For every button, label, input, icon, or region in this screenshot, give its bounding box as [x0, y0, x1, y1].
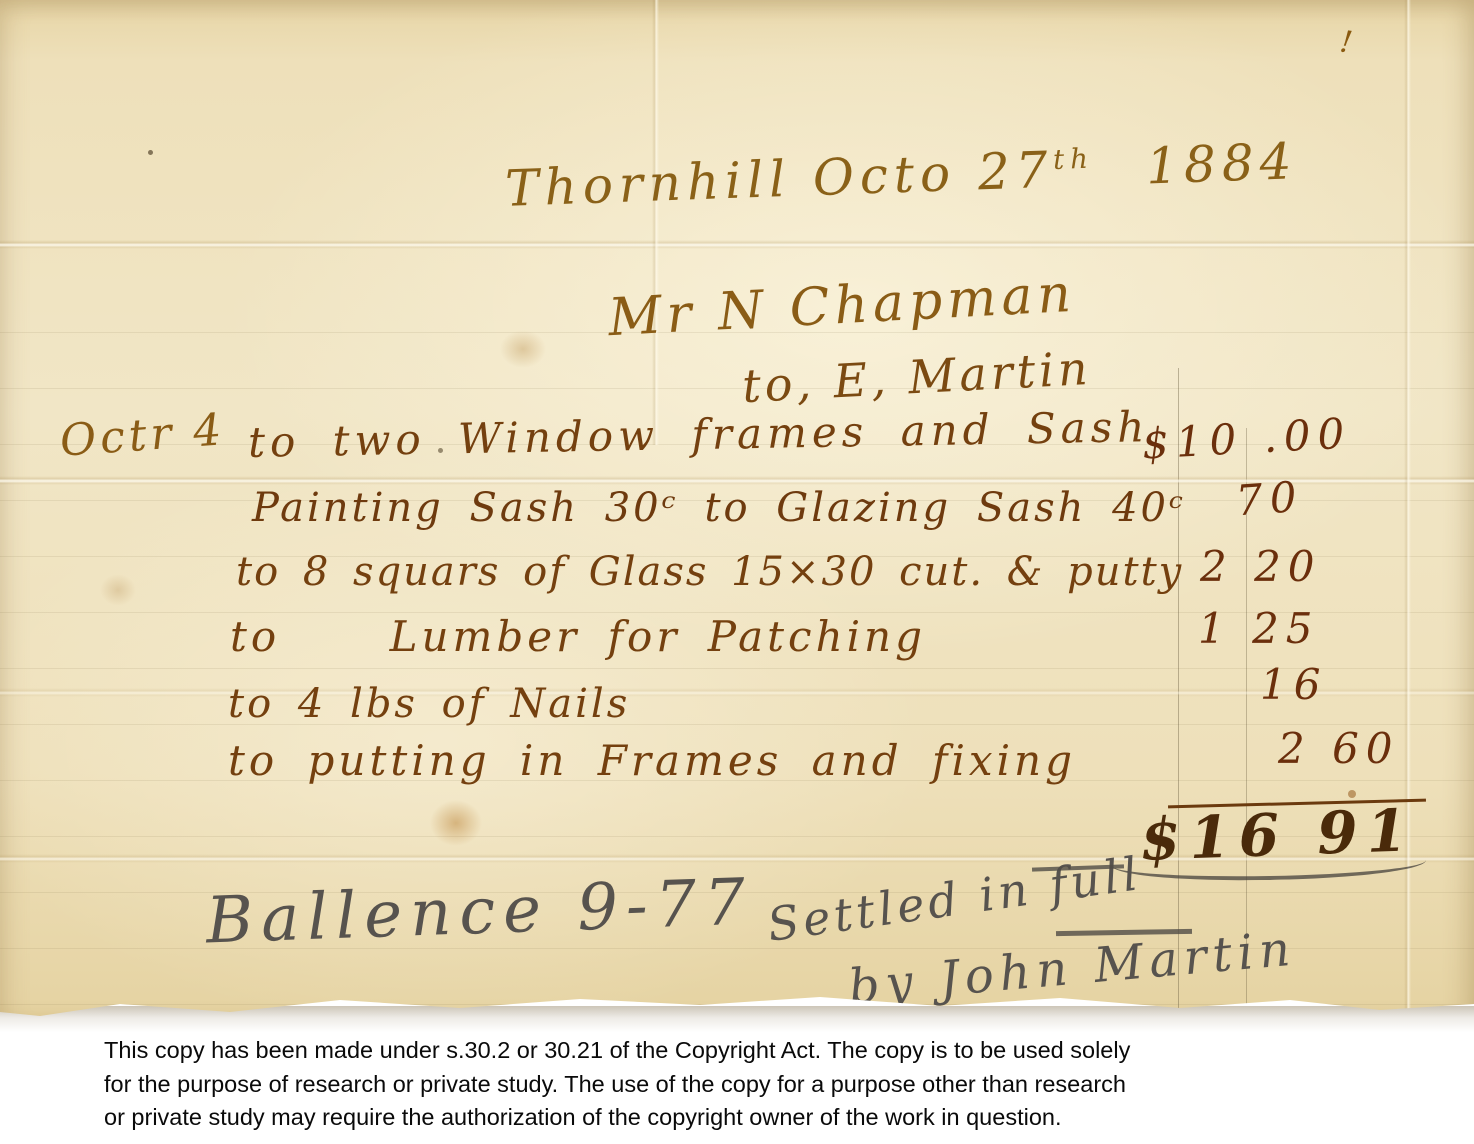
copyright-notice: This copy has been made under s.30.2 or …: [104, 1034, 1130, 1135]
balance-note: Ballence 9-77: [205, 870, 754, 953]
line-item-description: to 8 squars of Glass 15×30 cut. & putty: [236, 552, 1183, 592]
line-item-amount: 70: [1235, 476, 1305, 523]
place-and-date: Thornhill Octo 27th1884: [504, 136, 1298, 214]
copyright-notice-line: This copy has been made under s.30.2 or …: [104, 1034, 1130, 1068]
paper-speck: [148, 150, 153, 155]
fold-crease: [0, 240, 1474, 249]
line-item-description: to 4 lbs of Nails: [228, 684, 630, 724]
year-text: 1884: [1145, 132, 1298, 195]
fold-crease: [0, 688, 1474, 697]
line-item-amount: 1 25: [1198, 608, 1320, 650]
line-item-amount: 2 20: [1200, 546, 1322, 588]
line-item-amount: 2 60: [1278, 728, 1400, 770]
paper-stain: [1348, 790, 1356, 798]
copyright-notice-line: or private study may require the authori…: [104, 1101, 1130, 1135]
fold-crease: [1404, 0, 1411, 1026]
date-ordinal-superscript: th: [1053, 143, 1095, 176]
place-date-text: Thornhill Octo 27: [504, 141, 1054, 218]
paper-stain: [100, 574, 136, 606]
paper-stain: [500, 330, 546, 368]
line-item-amount: $10 .00: [1141, 413, 1352, 466]
copyright-notice-line: for the purpose of research or private s…: [104, 1068, 1130, 1102]
line-item-amount: 16: [1260, 664, 1327, 706]
stray-ink-mark: !: [1338, 27, 1354, 58]
scanned-invoice-page: ! Thornhill Octo 27th1884 Mr N Chapman t…: [0, 0, 1474, 1144]
paper-sheet: ! Thornhill Octo 27th1884 Mr N Chapman t…: [0, 0, 1474, 1030]
paper-stain: [430, 800, 482, 846]
line-item-description: to putting in Frames and fixing: [228, 740, 1076, 782]
entry-date: Octr 4: [59, 408, 227, 463]
line-item-description: to Lumber for Patching: [230, 616, 926, 658]
fold-crease: [652, 0, 659, 445]
line-item-description: Painting Sash 30ᶜ to Glazing Sash 40ᶜ: [252, 488, 1186, 528]
